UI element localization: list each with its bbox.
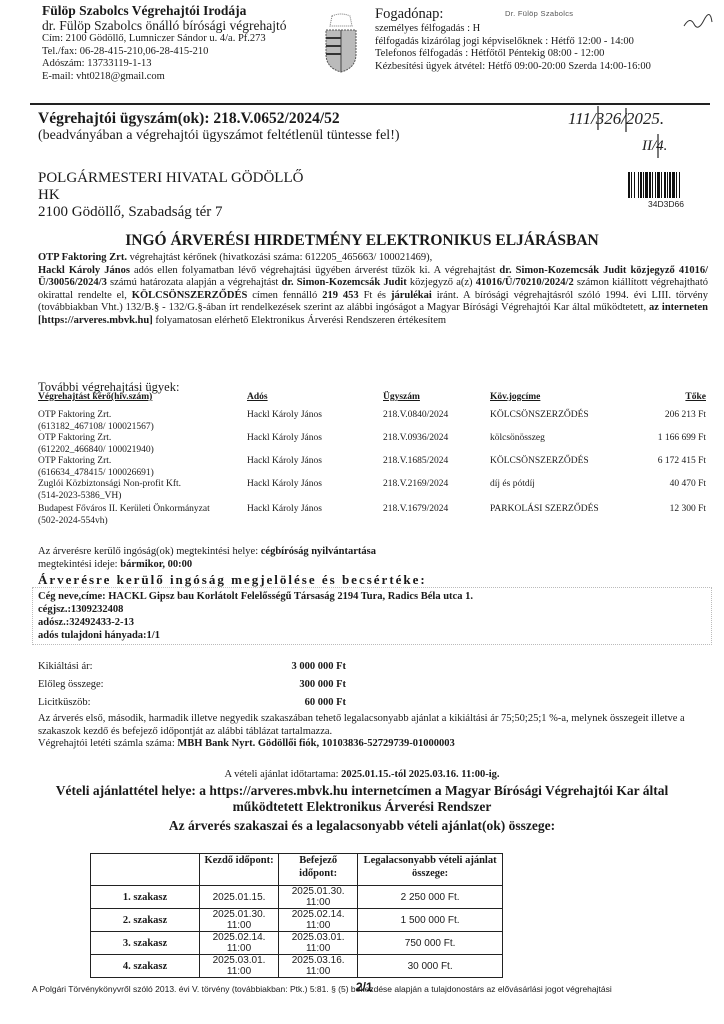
intro-text: folyamatosan elérhető Elektronikus Árver… [153, 315, 446, 326]
case-capital: 6 172 415 Ft [600, 455, 706, 468]
case-number: 218.V.1679/2024 [383, 503, 448, 516]
stage-row: 1. szakasz2025.01.15.2025.01.30. 11:002 … [91, 886, 503, 909]
creditor-name: OTP Faktoring Zrt. [38, 252, 127, 263]
debtor-name: Hackl Károly János [38, 265, 130, 276]
stages-header [91, 854, 200, 886]
intro-text: végrehajtást kérőnek (hivatkozási száma:… [127, 252, 432, 263]
case-number-note: (beadványában a végrehajtói ügyszámot fe… [38, 128, 400, 144]
reception-line: félfogadás kizárólag jogi képviselőknek … [375, 36, 720, 49]
case-capital: 206 213 Ft [600, 409, 706, 422]
case-number: Végrehajtói ügyszám(ok): 218.V.0652/2024… [38, 110, 340, 128]
claim-amount: 219 453 [322, 290, 358, 301]
case-creditor: OTP Faktoring Zrt. [38, 455, 238, 468]
case-capital: 40 470 Ft [600, 478, 706, 491]
office-phone: Tel./fax: 06-28-415-210,06-28-415-210 [42, 46, 312, 59]
deposit-value: 300 000 Ft [230, 679, 346, 690]
column-header-claim: Köv.jogcíme [490, 392, 540, 402]
case-creditor: OTP Faktoring Zrt. [38, 409, 238, 422]
case-claim: kölcsönösszeg [490, 432, 545, 445]
starting-price-label: Kikiáltási ár: [38, 661, 93, 672]
stage-min-offer: 1 500 000 Ft. [358, 909, 503, 932]
case-debtor: Hackl Károly János [247, 455, 322, 468]
intro-paragraph: OTP Faktoring Zrt. végrehajtást kérőnek … [38, 252, 708, 328]
item-line: Cég neve,címe: HACKL Gipsz bau Korlátolt… [38, 590, 473, 603]
intro-text: számú határozata alapján a végrehajtást [107, 277, 282, 288]
offer-period-label: A vételi ajánlat időtartama: [225, 769, 342, 780]
case-claim: díj és pótdíj [490, 478, 535, 491]
document-title: INGÓ ÁRVERÉSI HIRDETMÉNY ELEKTRONIKUS EL… [0, 232, 724, 250]
account-label: Végrehajtói letéti számla száma: [38, 738, 177, 749]
stages-header-start: Kezdő időpont: [200, 854, 279, 886]
officer-name: dr. Fülöp Szabolcs önálló bírósági végre… [42, 19, 312, 34]
case-claim: PARKOLÁSI SZERZŐDÉS [490, 503, 599, 516]
inspection-time-label: megtekintési ideje: [38, 559, 120, 570]
item-line: adósz.:32492433-2-13 [38, 616, 473, 629]
bid-increment-label: Licitküszöb: [38, 697, 91, 708]
document-number: 41016/Ü/70210/2024/2 [476, 277, 574, 288]
office-email[interactable]: E-mail: vht0218@gmail.com [42, 71, 312, 84]
case-number: 218.V.0840/2024 [383, 409, 448, 422]
deposit-label: Előleg összege: [38, 679, 104, 690]
case-number: 218.V.0936/2024 [383, 432, 448, 445]
case-creditor: Zuglói Közbiztonsági Non-profit Kft. [38, 478, 238, 491]
stage-row: 3. szakasz2025.02.14. 11:002025.03.01. 1… [91, 932, 503, 955]
inspection-time: bármikor, 00:00 [120, 559, 192, 570]
stage-start: 2025.01.15. [200, 886, 279, 909]
stage-row: 4. szakasz2025.03.01. 11:002025.03.16. 1… [91, 955, 503, 978]
stages-table: Kezdő időpont: Befejező időpont: Legalac… [90, 853, 503, 978]
case-debtor: Hackl Károly János [247, 478, 322, 491]
account-number: MBH Bank Nyrt. Gödöllői fiók, 10103836-5… [177, 738, 454, 749]
item-section-title: Árverésre kerülő ingóság megjelölése és … [38, 572, 427, 588]
item-line: cégjsz.:1309232408 [38, 603, 473, 616]
reception-line: Kézbesítési ügyek átvétel: Hétfő 09:00-2… [375, 61, 720, 74]
stage-start: 2025.01.30. 11:00 [200, 909, 279, 932]
case-capital: 12 300 Ft [600, 503, 706, 516]
stage-start: 2025.02.14. 11:00 [200, 932, 279, 955]
stage-end: 2025.03.16. 11:00 [279, 955, 358, 978]
office-address: Cím: 2100 Gödöllő, Lumniczer Sándor u. 4… [42, 33, 312, 46]
column-header-capital: Tőke [600, 392, 706, 402]
case-debtor: Hackl Károly János [247, 409, 322, 422]
stage-label: 1. szakasz [91, 886, 200, 909]
stage-label: 3. szakasz [91, 932, 200, 955]
intro-text: Ft és [359, 290, 391, 301]
stage-note: Az árverés első, második, harmadik illet… [38, 713, 708, 751]
inspection-place-label: Az árverésre kerülő ingóság(ok) megtekin… [38, 546, 261, 557]
bid-increment-value: 60 000 Ft [230, 697, 346, 708]
office-name: Fülöp Szabolcs Végrehajtói Irodája [42, 4, 312, 19]
reception-line: Telefonos félfogadás : Hétfőtől Péntekig… [375, 48, 720, 61]
stage-label: 2. szakasz [91, 909, 200, 932]
office-tax-id: Adószám: 13733119-1-13 [42, 58, 312, 71]
stages-header-end: Befejező időpont: [279, 854, 358, 886]
received-stamp: Dr. Fülöp Szabolcs [505, 9, 573, 18]
stage-end: 2025.02.14. 11:00 [279, 909, 358, 932]
stage-start: 2025.03.01. 11:00 [200, 955, 279, 978]
case-creditor: OTP Faktoring Zrt. [38, 432, 238, 445]
footer-text: A Polgári Törvénykönyvről szóló 2013. év… [32, 984, 722, 994]
claim-title: KÖLCSÖNSZERZŐDÉS [132, 290, 248, 301]
handwritten-reference-icon: 111/326/2025. II/4. [566, 104, 686, 164]
barcode-icon [628, 172, 704, 198]
barcode-number: 34D3D66 [628, 199, 704, 209]
case-creditor-ref: (502-2024-554vh) [38, 515, 238, 528]
case-debtor: Hackl Károly János [247, 432, 322, 445]
offer-period: A vételi ajánlat időtartama: 2025.01.15.… [0, 769, 724, 780]
intro-text: közjegyző a(z) [407, 277, 476, 288]
case-capital: 1 166 699 Ft [600, 432, 706, 445]
accessories: járulékai [391, 290, 432, 301]
addressee-block: POLGÁRMESTERI HIVATAL GÖDÖLLŐ HK 2100 Gö… [38, 170, 303, 221]
addressee-dept: HK [38, 187, 303, 204]
case-number: 218.V.2169/2024 [383, 478, 448, 491]
column-header-debtor: Adós [247, 392, 268, 402]
column-header-case-number: Ügyszám [383, 392, 420, 402]
stage-min-offer: 2 250 000 Ft. [358, 886, 503, 909]
office-header: Fülöp Szabolcs Végrehajtói Irodája dr. F… [42, 4, 312, 83]
svg-text:II/4.: II/4. [641, 138, 667, 154]
coat-of-arms-icon [322, 12, 360, 74]
stage-min-offer: 30 000 Ft. [358, 955, 503, 978]
case-number: 218.V.1685/2024 [383, 455, 448, 468]
case-claim: KÖLCSÖNSZERZŐDÉS [490, 455, 589, 468]
addressee-address: 2100 Gödöllő, Szabadság tér 7 [38, 204, 303, 221]
notary-name: dr. Simon-Kozemcsák Judit [281, 277, 406, 288]
intro-text: adós ellen folyamatban lévő végrehajtási… [130, 265, 500, 276]
stage-note-text: Az árverés első, második, harmadik illet… [38, 713, 708, 738]
item-description: Cég neve,címe: HACKL Gipsz bau Korlátolt… [38, 590, 473, 642]
addressee-name: POLGÁRMESTERI HIVATAL GÖDÖLLŐ [38, 170, 303, 187]
item-line: adós tulajdoni hányada:1/1 [38, 629, 473, 642]
reception-line: személyes félfogadás : H [375, 23, 720, 36]
column-header-creditor: Végrehajtást kérő(hiv.szám) [38, 392, 238, 402]
case-debtor: Hackl Károly János [247, 503, 322, 516]
stage-row: 2. szakasz2025.01.30. 11:002025.02.14. 1… [91, 909, 503, 932]
stage-label: 4. szakasz [91, 955, 200, 978]
stage-end: 2025.03.01. 11:00 [279, 932, 358, 955]
intro-text: címen fennálló [247, 290, 322, 301]
stage-end: 2025.01.30. 11:00 [279, 886, 358, 909]
stages-title: Az árverés szakaszai és a legalacsonyabb… [0, 818, 724, 834]
case-claim: KÖLCSÖNSZERZŐDÉS [490, 409, 589, 422]
page-number: 2/1 [356, 980, 373, 994]
case-creditor-ref: (514-2023-5386_VH) [38, 490, 238, 503]
stage-min-offer: 750 000 Ft. [358, 932, 503, 955]
starting-price-value: 3 000 000 Ft [230, 661, 346, 672]
signature-icon [680, 8, 716, 36]
inspection-place: cégbíróság nyilvántartása [261, 546, 376, 557]
stages-header-min-offer: Legalacsonyabb vételi ajánlat összege: [358, 854, 503, 886]
inspection-info: Az árverésre kerülő ingóság(ok) megtekin… [38, 545, 376, 571]
svg-text:111/326/2025.: 111/326/2025. [568, 109, 664, 128]
case-creditor: Budapest Főváros II. Kerületi Önkormányz… [38, 503, 238, 516]
offer-period-value: 2025.01.15.-tól 2025.03.16. 11:00-ig. [341, 769, 499, 780]
offer-place: Vételi ajánlattétel helye: a https://arv… [40, 783, 684, 815]
